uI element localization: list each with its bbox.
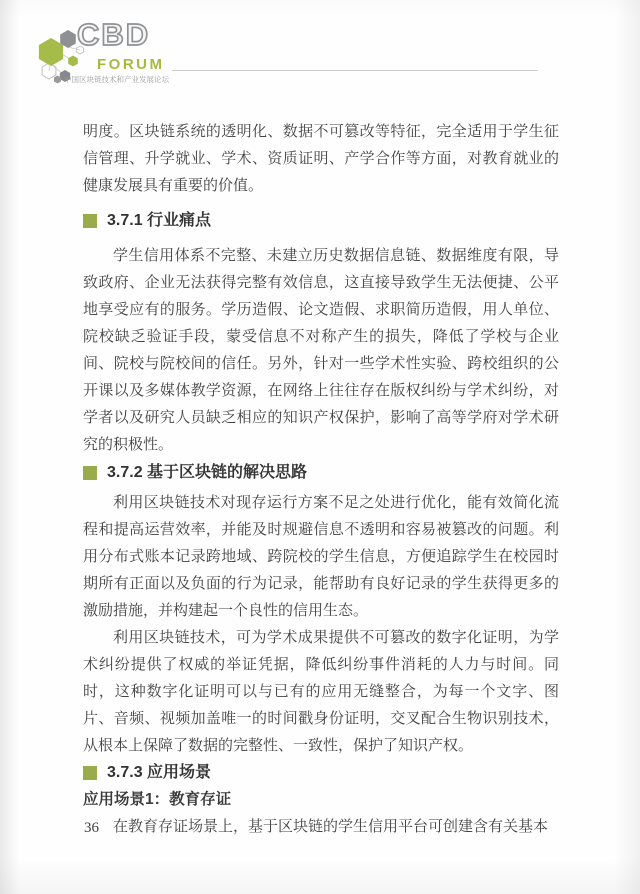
section-heading-3-7-2: 3.7.2 基于区块链的解决思路: [83, 462, 559, 484]
section-bullet-icon: [83, 214, 97, 228]
section-heading-text: 3.7.1 行业痛点: [107, 210, 211, 232]
section-bullet-icon: [83, 466, 97, 480]
document-body: 明度。区块链系统的透明化、数据不可篡改等特征，完全适用于学生征信管理、升学就业、…: [83, 104, 559, 840]
logo-tagline: 中国区块链技术和产业发展论坛: [53, 75, 169, 84]
document-page: CBD FORUM 中国区块链技术和产业发展论坛 明度。区块链系统的透明化、数据…: [0, 0, 640, 894]
scenario-subheading: 应用场景1：教育存证: [83, 789, 559, 811]
section-3-7-3-paragraph: 在教育存证场景上，基于区块链的学生信用平台可创建含有关基本: [83, 813, 559, 840]
cbd-forum-logo: CBD FORUM 中国区块链技术和产业发展论坛: [38, 24, 188, 90]
section-bullet-icon: [83, 766, 97, 780]
header-divider-line: [172, 70, 538, 71]
section-3-7-2-paragraph-1: 利用区块链技术对现存运行方案不足之处进行优化，能有效简化流程和提高运营效率，并能…: [83, 489, 559, 624]
page-number: 36: [84, 820, 99, 837]
hexagon-bullet-icon: [53, 75, 62, 84]
logo-subtitle: FORUM: [97, 56, 165, 74]
section-heading-3-7-1: 3.7.1 行业痛点: [83, 210, 559, 232]
section-heading-text: 3.7.3 应用场景: [107, 762, 211, 784]
intro-paragraph: 明度。区块链系统的透明化、数据不可篡改等特征，完全适用于学生征信管理、升学就业、…: [83, 118, 559, 199]
logo-tagline-text: 中国区块链技术和产业发展论坛: [64, 75, 169, 84]
section-3-7-1-paragraph: 学生信用体系不完整、未建立历史数据信息链、数据维度有限，导致政府、企业无法获得完…: [83, 242, 559, 458]
section-3-7-2-paragraph-2: 利用区块链技术，可为学术成果提供不可篡改的数字化证明，为学术纠纷提供了权威的举证…: [83, 624, 559, 759]
logo-title: CBD: [77, 18, 150, 52]
section-heading-3-7-3: 3.7.3 应用场景: [83, 762, 559, 784]
section-heading-text: 3.7.2 基于区块链的解决思路: [107, 462, 307, 484]
